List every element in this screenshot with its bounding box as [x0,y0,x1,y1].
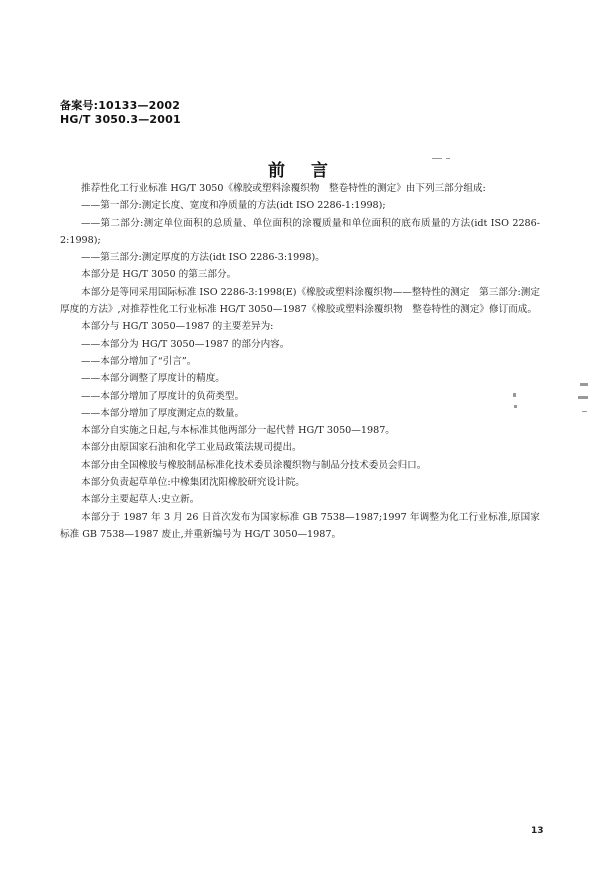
paragraph: 本部分由全国橡胶与橡胶制品标准化技术委员涂覆织物与制品分技术委员会归口。 [60,457,540,474]
paragraph: 本部分主要起草人:史立新。 [60,491,540,508]
document-page: 备案号:10133—2002 HG/T 3050.3—2001 前言 推荐性化工… [0,0,600,873]
paragraph: 本部分与 HG/T 3050—1987 的主要差异为: [60,318,540,335]
scan-artifact [432,158,442,159]
paragraph: ——本部分增加了厚度测定点的数量。 [60,405,540,422]
paragraph: 本部分负责起草单位:中橡集团沈阳橡胶研究设计院。 [60,474,540,491]
paragraph: ——本部分调整了厚度计的精度。 [60,370,540,387]
paragraph: ——本部分增加了厚度计的负荷类型。 [60,388,540,405]
paragraph: ——本部分增加了“引言”。 [60,353,540,370]
scan-artifact [446,158,450,159]
paragraph: 本部分是 HG/T 3050 的第三部分。 [60,266,540,283]
standard-number: HG/T 3050.3—2001 [60,113,181,126]
page-number: 13 [531,826,544,836]
paragraph: ——第一部分:测定长度、宽度和净质量的方法(idt ISO 2286-1:199… [60,197,540,214]
paragraph: ——第二部分:测定单位面积的总质量、单位面积的涂覆质量和单位面积的底布质量的方法… [60,215,540,250]
scan-artifact [578,396,588,399]
scan-artifact [514,405,517,408]
paragraph: 本部分于 1987 年 3 月 26 日首次发布为国家标准 GB 7538—19… [60,509,540,544]
paragraph: 推荐性化工行业标准 HG/T 3050《橡胶或塑料涂覆织物 整卷特性的测定》由下… [60,180,540,197]
foreword-body: 推荐性化工行业标准 HG/T 3050《橡胶或塑料涂覆织物 整卷特性的测定》由下… [60,180,540,543]
scan-artifact [582,411,587,412]
paragraph: ——第三部分:测定厚度的方法(idt ISO 2286-3:1998)。 [60,249,540,266]
paragraph: 本部分自实施之日起,与本标准其他两部分一起代替 HG/T 3050—1987。 [60,422,540,439]
scan-artifact [513,393,516,397]
paragraph: 本部分是等同采用国际标准 ISO 2286-3:1998(E)《橡胶或塑料涂覆织… [60,284,540,319]
paragraph: ——本部分为 HG/T 3050—1987 的部分内容。 [60,336,540,353]
page-title: 前言 [0,156,600,181]
paragraph: 本部分由原国家石油和化学工业局政策法规司提出。 [60,439,540,456]
record-number: 备案号:10133—2002 [60,97,180,113]
scan-artifact [580,383,588,386]
